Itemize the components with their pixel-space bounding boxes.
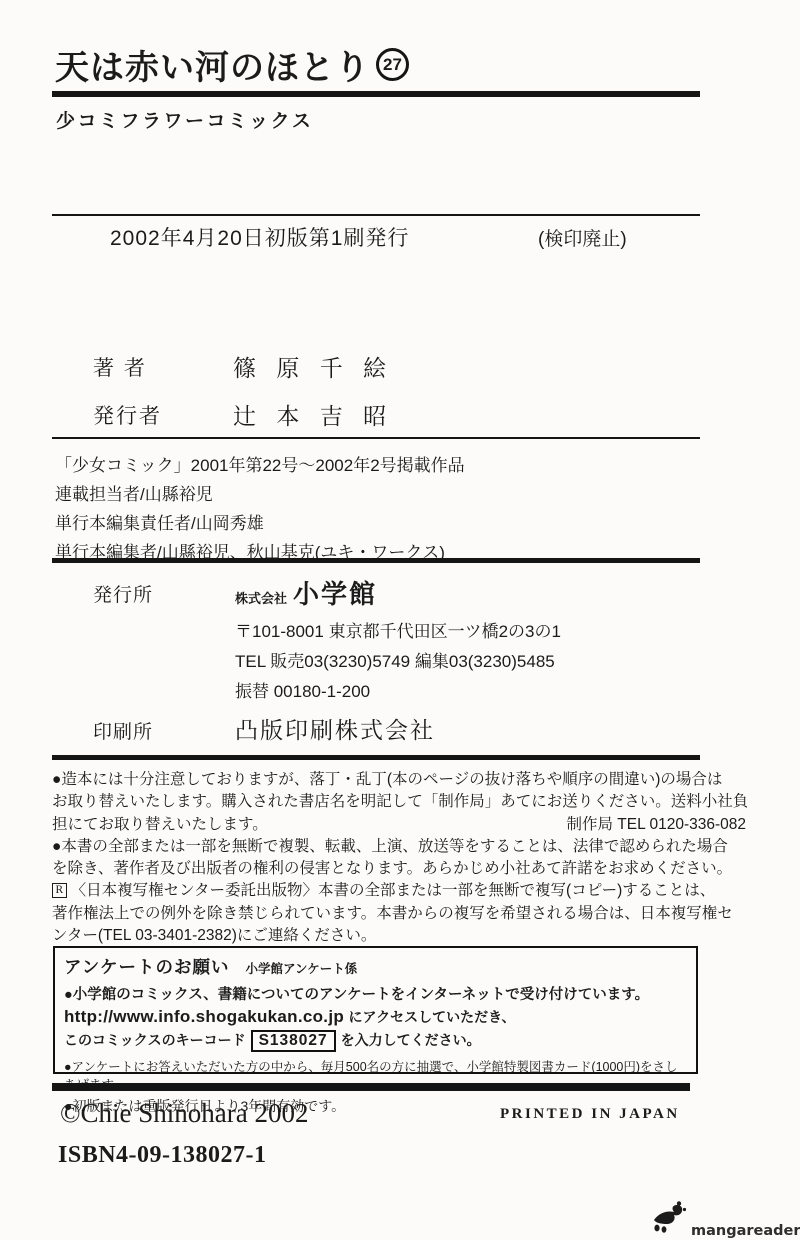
imprint-label: 少コミフラワーコミックス xyxy=(56,106,313,133)
survey-subheading: 小学館アンケート係 xyxy=(245,959,357,977)
issuer-name: 辻 本 吉 昭 xyxy=(233,398,393,431)
registered-r-mark: R xyxy=(52,883,67,898)
notice-line: R〈日本複写権センター委託出版物〉本書の全部または一部を無断で複写(コピー)する… xyxy=(52,880,746,902)
publishing-house-label: 発行所 xyxy=(93,580,153,607)
watermark-text: mangareader.net xyxy=(691,1223,800,1239)
survey-box: アンケートのお願い 小学館アンケート係 ●小学館のコミックス、書籍についてのアン… xyxy=(53,946,698,1074)
company-prefix: 株式会社 xyxy=(235,591,287,606)
page-title: 天は赤い河のほとり xyxy=(55,40,370,89)
company-tel: TEL 販売03(3230)5749 編集03(3230)5485 xyxy=(235,647,555,672)
notice-line: ●本書の全部または一部を無断で複製、転載、上演、放送等をすることは、法律で認めら… xyxy=(52,836,746,858)
serialization-block: 「少女コミック」2001年第22号〜2002年2号掲載作品 連載担当者/山縣裕児… xyxy=(55,451,465,567)
company-name: 小学館 xyxy=(293,579,377,609)
survey-url: http://www.info.shogakukan.co.jp xyxy=(64,1007,344,1026)
isbn-text: ISBN4-09-138027-1 xyxy=(58,1142,267,1169)
notice-line: ンター(TEL 03-3401-2382)にご連絡ください。 xyxy=(52,925,746,947)
footer-rule xyxy=(52,1083,690,1091)
mangareader-logo-icon xyxy=(648,1200,688,1239)
volume-badge: 27 xyxy=(376,48,409,81)
keycode-box: S138027 xyxy=(251,1030,336,1052)
watermark: mangareader.net xyxy=(648,1200,800,1239)
company-address: 〒101-8001 東京都千代田区一ツ橋2の3の1 xyxy=(235,617,561,642)
survey-keycode-line: このコミックスのキーコードS138027を入力してください。 xyxy=(64,1030,687,1052)
edition-rule xyxy=(52,214,700,216)
printer-name: 凸版印刷株式会社 xyxy=(235,712,435,745)
edition-note: (検印廃止) xyxy=(538,224,627,251)
survey-heading: アンケートのお願い xyxy=(64,954,229,979)
notice-line: お取り替えいたします。購入された書店名を明記して「制作局」あてにお送りください。… xyxy=(52,791,746,813)
printer-rule xyxy=(52,755,700,760)
keycode-suffix: を入力してください。 xyxy=(341,1032,481,1048)
company-line: 株式会社小学館 xyxy=(235,574,377,611)
credits-rule xyxy=(52,437,700,439)
notice-text: 担にてお取り替えいたします。 xyxy=(52,814,268,836)
notice-line: ●造本には十分注意しておりますが、落丁・乱丁(本のページの抜け落ちや順序の間違い… xyxy=(52,769,746,791)
colophon-page: 天は赤い河のほとり 27 少コミフラワーコミックス 2002年4月20日初版第1… xyxy=(0,0,800,1240)
notice-text: 〈日本複写権センター委託出版物〉本書の全部または一部を無断で複写(コピー)するこ… xyxy=(71,882,716,899)
serial-line: 「少女コミック」2001年第22号〜2002年2号掲載作品 xyxy=(55,451,465,480)
keycode-prefix: このコミックスのキーコード xyxy=(64,1032,246,1048)
author-name: 篠 原 千 絵 xyxy=(233,350,393,383)
edition-date: 2002年4月20日初版第1刷発行 xyxy=(110,222,409,252)
copyright-text: ©Chie Shinohara 2002 xyxy=(60,1098,308,1129)
book-title-row: 天は赤い河のほとり 27 xyxy=(55,40,409,89)
legal-notices: ●造本には十分注意しておりますが、落丁・乱丁(本のページの抜け落ちや順序の間違い… xyxy=(52,769,746,947)
printer-label: 印刷所 xyxy=(93,717,153,744)
notice-line: 著作権法上での例外を除き禁じられています。本書からの複写を希望される場合は、日本… xyxy=(52,903,746,925)
printed-in-japan: PRINTED IN JAPAN xyxy=(500,1106,680,1123)
title-rule xyxy=(52,91,700,97)
survey-url-suffix: にアクセスしていただき、 xyxy=(348,1009,515,1025)
author-label: 著 者 xyxy=(93,352,147,382)
serial-rule xyxy=(52,558,700,563)
survey-url-line: http://www.info.shogakukan.co.jp にアクセスして… xyxy=(64,1007,687,1027)
survey-heading-row: アンケートのお願い 小学館アンケート係 xyxy=(64,954,687,979)
issuer-label: 発行者 xyxy=(93,400,162,430)
production-bureau-tel: 制作局 TEL 0120-336-082 xyxy=(567,814,747,836)
postal-transfer: 振替 00180-1-200 xyxy=(235,677,370,702)
serial-line: 連載担当者/山縣裕児 xyxy=(55,480,465,509)
survey-line: ●小学館のコミックス、書籍についてのアンケートをインターネットで受け付けています… xyxy=(64,983,687,1004)
serial-line: 単行本編集責任者/山岡秀雄 xyxy=(55,509,465,538)
notice-line: 担にてお取り替えいたします。 制作局 TEL 0120-336-082 xyxy=(52,814,746,836)
notice-line: を除き、著作者及び出版者の権利の侵害となります。あらかじめ小社あて許諾をお求めく… xyxy=(52,858,746,880)
